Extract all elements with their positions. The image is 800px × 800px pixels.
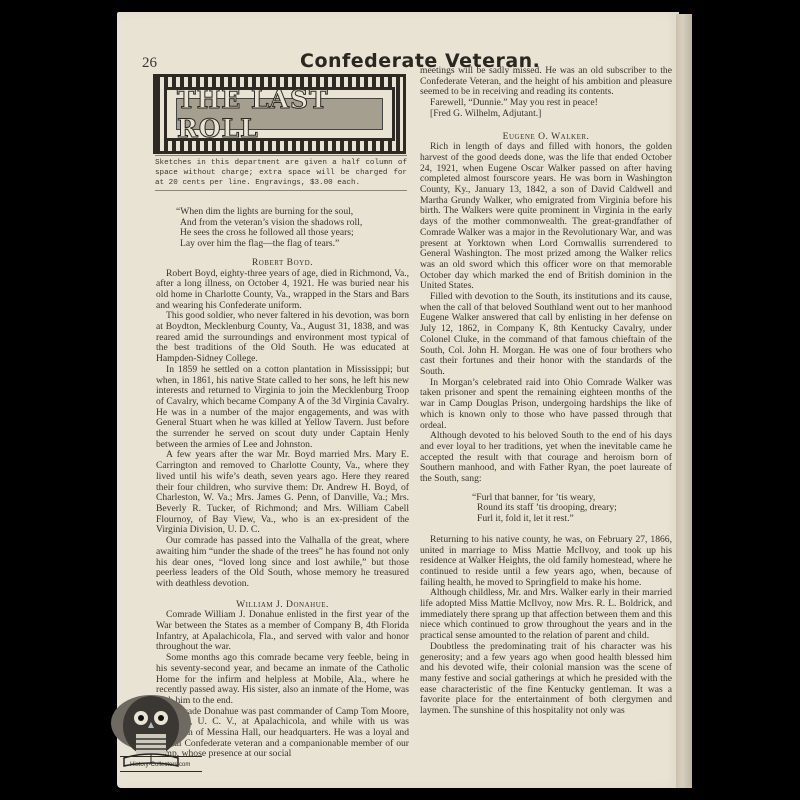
paragraph: Robert Boyd, eighty-three years of age, … — [156, 269, 409, 312]
epigraph-poem: “When dim the lights are burning for the… — [176, 207, 409, 250]
poem-line: Furl it, fold it, let it rest.” — [472, 514, 672, 525]
poem-line: Lay over him the flag—the flag of tears.… — [176, 239, 409, 250]
paragraph-continuation: meetings will be sadly missed. He was an… — [420, 66, 672, 98]
paragraph: In 1859 he settled on a cotton plantatio… — [156, 365, 409, 451]
banner-frame: THE LAST ROLL — [164, 87, 395, 141]
last-roll-banner: THE LAST ROLL — [153, 74, 406, 154]
paragraph: Returning to his native county, he was, … — [420, 535, 672, 589]
obituary-heading: Robert Boyd. — [156, 258, 409, 269]
watermark-label: History-Collectors.com — [130, 762, 190, 768]
paragraph: Filled with devotion to the South, its i… — [420, 292, 672, 378]
paragraph: Rich in length of days and filled with h… — [420, 142, 672, 292]
banner-title: THE LAST ROLL — [177, 85, 382, 143]
paragraph: Comrade William J. Donahue enlisted in t… — [156, 610, 409, 653]
paragraph: This good soldier, who never faltered in… — [156, 311, 409, 365]
paragraph: A few years after the war Mr. Boyd marri… — [156, 450, 409, 536]
paragraph: Doubtless the predominating trait of his… — [420, 642, 672, 717]
department-note: Sketches in this department are given a … — [155, 158, 407, 188]
paragraph: Although childless, Mr. and Mrs. Walker … — [420, 588, 672, 642]
page-number: 26 — [142, 55, 157, 72]
divider — [155, 155, 407, 156]
left-column: “When dim the lights are burning for the… — [156, 205, 409, 760]
paragraph: Although devoted to his beloved South to… — [420, 431, 672, 485]
watermark-rule — [120, 756, 202, 757]
signature: [Fred G. Wilhelm, Adjutant.] — [420, 109, 672, 120]
ryan-poem: “Furl that banner, for ’tis weary, Round… — [472, 493, 672, 525]
banner-plate: THE LAST ROLL — [176, 98, 383, 130]
page-binding-edge — [676, 14, 692, 788]
right-column: meetings will be sadly missed. He was an… — [420, 66, 672, 717]
watermark-rule — [120, 771, 202, 772]
paragraph: In Morgan’s celebrated raid into Ohio Co… — [420, 378, 672, 432]
paragraph: Our comrade has passed into the Valhalla… — [156, 536, 409, 590]
divider — [155, 190, 407, 191]
owl-on-book-icon — [96, 688, 206, 788]
